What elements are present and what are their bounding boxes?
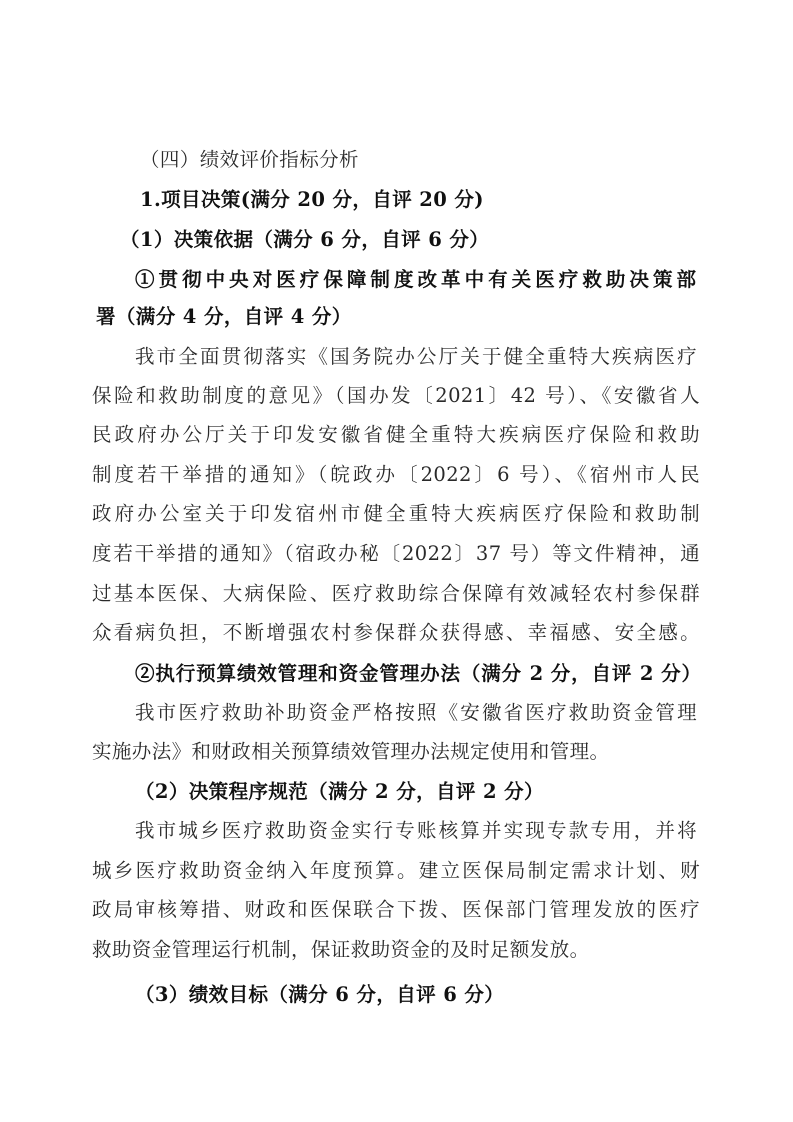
subsection-2-heading: （2）决策程序规范（满分 2 分，自评 2 分） <box>135 780 544 804</box>
point-1-paragraph-line: 过基本医保、大病保险、医疗救助综合保障有效减轻农村参保群 <box>92 582 700 606</box>
subsection-2-paragraph-line: 救助资金管理运行机制，保证救助资金的及时足额发放。 <box>92 938 590 962</box>
point-1-paragraph-line: 民政府办公厅关于印发安徽省健全重特大疾病医疗保险和救助 <box>92 423 700 447</box>
document-page: （四）绩效评价指标分析 1.项目决策(满分 20 分，自评 20 分) （1）决… <box>0 0 793 1122</box>
point-2-heading: ②执行预算绩效管理和资金管理办法（满分 2 分，自评 2 分） <box>135 662 701 686</box>
subsection-1-heading: （1）决策依据（满分 6 分，自评 6 分） <box>120 228 489 252</box>
section-heading: （四）绩效评价指标分析 <box>140 148 359 172</box>
subsection-3-heading: （3）绩效目标（满分 6 分，自评 6 分） <box>135 983 504 1007</box>
subsection-2-paragraph-line: 政局审核筹措、财政和医保联合下拨、医保部门管理发放的医疗 <box>92 898 700 922</box>
subsection-2-paragraph-line: 我市城乡医疗救助资金实行专账核算并实现专款专用，并将 <box>135 819 697 843</box>
point-1-paragraph-line: 制度若干举措的通知》（皖政办〔2022〕6 号）、《宿州市人民 <box>92 463 700 487</box>
point-1-paragraph-line: 政府办公室关于印发宿州市健全重特大疾病医疗保险和救助制 <box>92 502 700 526</box>
point-1-paragraph-line: 度若干举措的通知》（宿政办秘〔2022〕37 号）等文件精神，通 <box>92 542 700 566</box>
point-1-heading-line-1: ①贯彻中央对医疗保障制度改革中有关医疗救助决策部 <box>135 268 697 292</box>
subsection-2-paragraph-line: 城乡医疗救助资金纳入年度预算。建立医保局制定需求计划、财 <box>92 859 700 883</box>
point-1-paragraph-line: 我市全面贯彻落实《国务院办公厅关于健全重特大疾病医疗 <box>135 345 697 369</box>
point-1-paragraph-line: 众看病负担，不断增强农村参保群众获得感、幸福感、安全感。 <box>92 621 700 645</box>
point-1-heading-line-2: 署（满分 4 分，自评 4 分） <box>96 305 352 329</box>
point-1-paragraph-line: 保险和救助制度的意见》（国办发〔2021〕42 号）、《安徽省人 <box>92 384 700 408</box>
point-2-paragraph-line: 实施办法》和财政相关预算绩效管理办法规定使用和管理。 <box>92 740 609 764</box>
item-1-heading: 1.项目决策(满分 20 分，自评 20 分) <box>140 188 484 212</box>
point-2-paragraph-line: 我市医疗救助补助资金严格按照《安徽省医疗救助资金管理 <box>135 701 697 725</box>
